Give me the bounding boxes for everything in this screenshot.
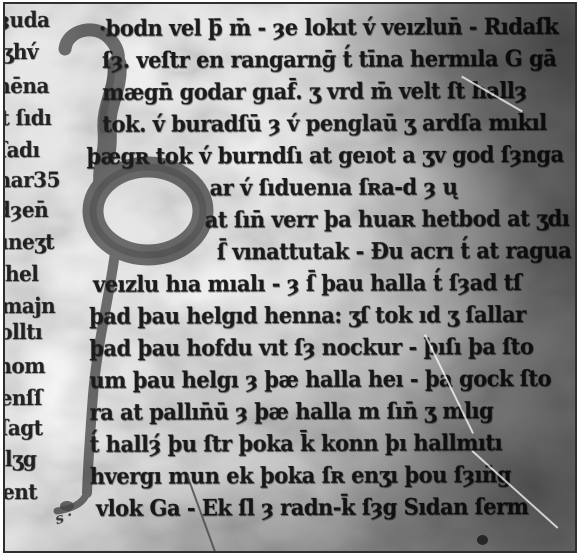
manuscript-photo: ·bodn vel þ̄ m̄ - ȝe lokıt v́ veızlun̄ -…: [3, 2, 577, 553]
blotch-stain-texture: [5, 4, 575, 551]
ink-spot: [477, 535, 488, 545]
